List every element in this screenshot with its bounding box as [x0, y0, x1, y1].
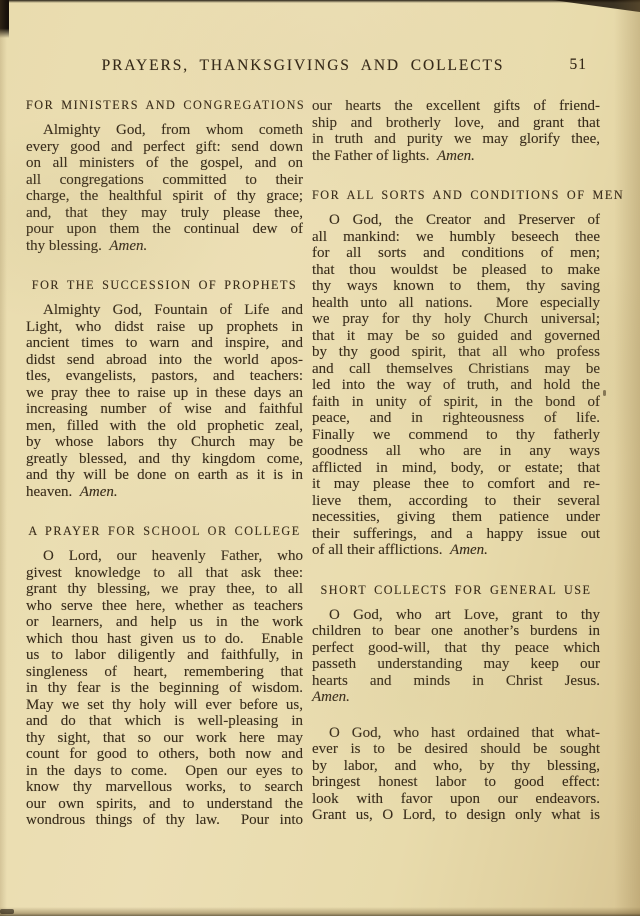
text-line: O Lord, our heavenly Father, who	[26, 548, 303, 565]
text-column-right: our hearts the excellent gifts of friend…	[312, 98, 600, 829]
text-line: look with favor upon our endeavors.	[312, 791, 600, 808]
text-line: pour upon them the continual dew of	[26, 221, 303, 238]
text-column-left: FOR MINISTERS AND CONGREGATIONSAlmighty …	[26, 98, 303, 829]
text-line: children to bear one another’s burdens i…	[312, 623, 600, 640]
text-line: afflicted in mind, body, or estate; that	[312, 460, 600, 477]
text-line: their sufferings, and a happy issue out	[312, 526, 600, 543]
prayer-paragraph: O God, the Creator and Preserver ofall m…	[312, 212, 600, 559]
text-line: men, filled with the old prophetic zeal,	[26, 418, 303, 435]
text-line: that thou wouldst be pleased to make	[312, 262, 600, 279]
text-line: Light, who didst raise up prophets in	[26, 319, 303, 336]
text-line: who serve thee here, whether as teachers	[26, 598, 303, 615]
text-line: our own spirits, and to understand the	[26, 796, 303, 813]
scan-edge-left	[0, 0, 7, 916]
text-line: by whose labors thy Church may be	[26, 434, 303, 451]
text-line: peace, and in righteousness of life.	[312, 410, 600, 427]
text-line: Finally we commend to thy fatherly	[312, 427, 600, 444]
text-line: perfect good-will, that thy peace which	[312, 640, 600, 657]
section-heading: SHORT COLLECTS FOR GENERAL USE	[312, 583, 600, 598]
text-line: passeth understanding may keep our	[312, 656, 600, 673]
scan-speck	[603, 390, 606, 396]
text-line: and call themselves Christians may be	[312, 361, 600, 378]
text-line: our hearts the excellent gifts of friend…	[312, 98, 600, 115]
text-line: all mankind: we humbly beseech thee	[312, 229, 600, 246]
section-heading: A PRAYER FOR SCHOOL OR COLLEGE	[26, 524, 303, 539]
prayer-paragraph: Almighty God, from whom comethevery good…	[26, 122, 303, 254]
text-line: led into the way of truth, and hold the	[312, 377, 600, 394]
text-line: the Father of lights. Amen.	[312, 148, 600, 165]
text-line: wondrous things of thy law. Pour into	[26, 812, 303, 829]
text-line: bringest honest labor to good effect:	[312, 774, 600, 791]
text-line: charge, the healthful spirit of thy grac…	[26, 188, 303, 205]
text-line: that it may be so guided and governed	[312, 328, 600, 345]
text-line: increasing number of wise and faithful	[26, 401, 303, 418]
text-line: tles, evangelists, pastors, and teachers…	[26, 368, 303, 385]
text-line: faith in unity of spirit, in the bond of	[312, 394, 600, 411]
text-line: every good and perfect gift: send down	[26, 139, 303, 156]
page-number: 51	[570, 56, 588, 74]
text-line: O God, who hast ordained that what-	[312, 725, 600, 742]
text-line: in thy fear is the beginning of wisdom.	[26, 680, 303, 697]
page-title: PRAYERS, THANKSGIVINGS AND COLLECTS	[0, 57, 623, 75]
text-line: givest knowledge to all that ask thee:	[26, 565, 303, 582]
text-line: O God, the Creator and Preserver of	[312, 212, 600, 229]
text-line: by labor, and who, by thy blessing,	[312, 758, 600, 775]
text-line: Almighty God, Fountain of Life and	[26, 302, 303, 319]
text-line: ship and brotherly love, and grant that	[312, 115, 600, 132]
text-line: Amen.	[312, 689, 600, 706]
text-line: thy sight, that so our work here may	[26, 730, 303, 747]
text-line: necessities, giving them patience under	[312, 509, 600, 526]
text-line: lieve them, according to their several	[312, 493, 600, 510]
text-line: we pray thee to raise up in these days a…	[26, 385, 303, 402]
text-line: May we set thy holy will ever before us,	[26, 697, 303, 714]
text-line: heaven. Amen.	[26, 484, 303, 501]
text-line: in the days to come. Open our eyes to	[26, 763, 303, 780]
running-header: PRAYERS, THANKSGIVINGS AND COLLECTS 51	[0, 0, 640, 81]
text-line: for all sorts and conditions of men;	[312, 245, 600, 262]
text-line: count for good to others, both now and	[26, 746, 303, 763]
text-line: health unto all nations. More especially	[312, 295, 600, 312]
text-line: it may please thee to comfort and re-	[312, 476, 600, 493]
scan-edge-bottom	[0, 907, 640, 916]
text-line: Grant us, O Lord, to design only what is	[312, 807, 600, 824]
text-line: us to labor diligently and faithfully, i…	[26, 647, 303, 664]
text-line: we pray for thy holy Church universal;	[312, 311, 600, 328]
text-line: ever is to be desired should be sought	[312, 741, 600, 758]
text-line: Almighty God, from whom cometh	[26, 122, 303, 139]
section-heading: FOR MINISTERS AND CONGREGATIONS	[26, 98, 303, 113]
text-line: and do that which is well-pleasing in	[26, 713, 303, 730]
text-line: know thy marvellous works, to search	[26, 779, 303, 796]
text-line: on all ministers of the gospel, and on	[26, 155, 303, 172]
text-line: thy blessing. Amen.	[26, 238, 303, 255]
text-line: greatly blessed, and thy kingdom come,	[26, 451, 303, 468]
text-line: grant thy blessing, we pray thee, to all	[26, 581, 303, 598]
prayer-paragraph: Almighty God, Fountain of Life andLight,…	[26, 302, 303, 500]
prayer-paragraph: O God, who hast ordained that what-ever …	[312, 725, 600, 824]
prayer-paragraph: O Lord, our heavenly Father, whogivest k…	[26, 548, 303, 829]
text-line: singleness of heart, remembering that	[26, 664, 303, 681]
text-line: thy ways known to them, thy saving	[312, 278, 600, 295]
section-heading: FOR THE SUCCESSION OF PROPHETS	[26, 278, 303, 293]
text-line: in truth and purity we may glorify thee,	[312, 131, 600, 148]
text-line: and thy will be done on earth as it is i…	[26, 467, 303, 484]
book-page: PRAYERS, THANKSGIVINGS AND COLLECTS 51 F…	[0, 0, 640, 916]
text-line: by thy good spirit, that all who profess	[312, 344, 600, 361]
text-line: goodness all who are in any ways	[312, 443, 600, 460]
text-line: hearts and minds in Christ Jesus.	[312, 673, 600, 690]
text-line: O God, who art Love, grant to thy	[312, 607, 600, 624]
text-line: which thou hast given us to do. Enable	[26, 631, 303, 648]
scan-speck	[0, 909, 14, 914]
text-columns: FOR MINISTERS AND CONGREGATIONSAlmighty …	[26, 98, 600, 829]
prayer-paragraph: our hearts the excellent gifts of friend…	[312, 98, 600, 164]
text-line: or learners, and help us in the work	[26, 614, 303, 631]
section-heading: FOR ALL SORTS AND CONDITIONS OF MEN	[312, 188, 600, 203]
scan-edge-right	[614, 0, 640, 916]
text-line: ancient times to warn and inspire, and	[26, 335, 303, 352]
text-line: and, that they may truly please thee,	[26, 205, 303, 222]
text-line: all congregations committed to their	[26, 172, 303, 189]
text-line: of all their afflictions. Amen.	[312, 542, 600, 559]
text-line: didst send abroad into the world apos-	[26, 352, 303, 369]
prayer-paragraph: O God, who art Love, grant to thychildre…	[312, 607, 600, 706]
